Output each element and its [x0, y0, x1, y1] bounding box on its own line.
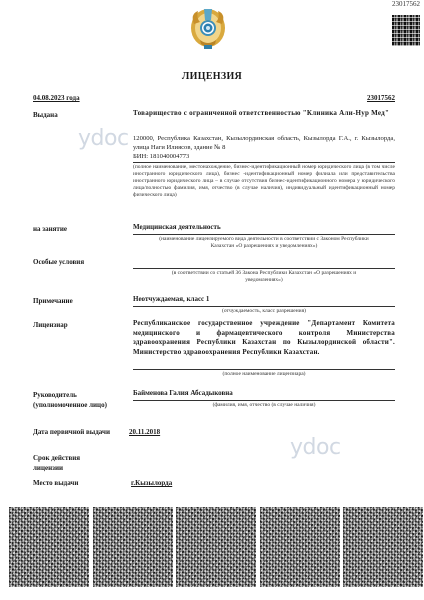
head-value: Байменова Галия Абсадыковна: [133, 389, 395, 399]
activity-label: на занятие: [33, 224, 67, 234]
issued-to-label: Выдана: [33, 110, 58, 120]
qr-code-icon: [176, 507, 256, 587]
validity-label: Срок действия лицензии: [33, 453, 80, 473]
qr-code-icon: [9, 507, 89, 587]
head-label: Руководитель (уполномоченное лицо): [33, 390, 107, 410]
note-rule: [133, 306, 395, 307]
qr-code-icon: [93, 507, 173, 587]
doc-number-top: 23017562: [392, 0, 420, 8]
state-emblem-icon: [190, 6, 226, 52]
head-hint: (фамилия, имя, отчество (в случае наличи…: [133, 402, 395, 409]
special-conditions-label: Особые условия: [33, 257, 84, 267]
validity-label-line2: лицензии: [33, 463, 80, 473]
issued-to-rule: [133, 162, 395, 163]
note-label: Примечание: [33, 296, 73, 306]
watermark: ydoc: [290, 435, 341, 460]
note-value: Неотчуждаемая, класс 1: [133, 295, 395, 305]
licensor-hint: (полное наименование лицензиара): [133, 371, 395, 378]
note-hint: (отчуждаемость, класс разрешения): [133, 308, 395, 315]
head-label-line1: Руководитель: [33, 390, 107, 400]
head-rule: [133, 400, 395, 401]
qr-code-icon: [392, 15, 420, 46]
licensor-value: Республиканское государственное учрежден…: [133, 319, 395, 357]
special-conditions-hint: (в соответствии со статьей 36 Закона Рес…: [133, 270, 395, 284]
first-issue-value: 20.11.2018: [129, 427, 160, 437]
first-issue-label: Дата первичной выдачи: [33, 427, 110, 437]
document-title: ЛИЦЕНЗИЯ: [0, 71, 424, 82]
license-number: 23017562: [367, 94, 395, 102]
licensor-rule: [133, 369, 395, 370]
validity-label-line1: Срок действия: [33, 453, 80, 463]
qr-code-icon: [343, 507, 423, 587]
place-label: Место выдачи: [33, 478, 78, 488]
activity-rule: [133, 234, 395, 235]
issue-date: 04.08.2023 года: [33, 94, 80, 102]
watermark: ydoc: [78, 126, 129, 151]
issued-to-address: 120000, Республика Казахстан, Кызылордин…: [133, 134, 395, 152]
issued-to-bin: БИН: 181040004773: [133, 152, 395, 161]
head-label-line2: (уполномоченное лицо): [33, 400, 107, 410]
place-value: г.Кызылорда: [131, 478, 172, 488]
licensor-label: Лицензиар: [33, 320, 68, 330]
issued-to-name: Товарищество с ограниченной ответственно…: [133, 109, 395, 119]
activity-hint: (наименование лицензируемого вида деятел…: [133, 236, 395, 250]
special-conditions-rule: [133, 268, 395, 269]
activity-value: Медицинская деятельность: [133, 223, 395, 233]
issued-to-hint: (полное наименование, местонахождение, б…: [133, 164, 395, 199]
qr-code-icon: [260, 507, 340, 587]
